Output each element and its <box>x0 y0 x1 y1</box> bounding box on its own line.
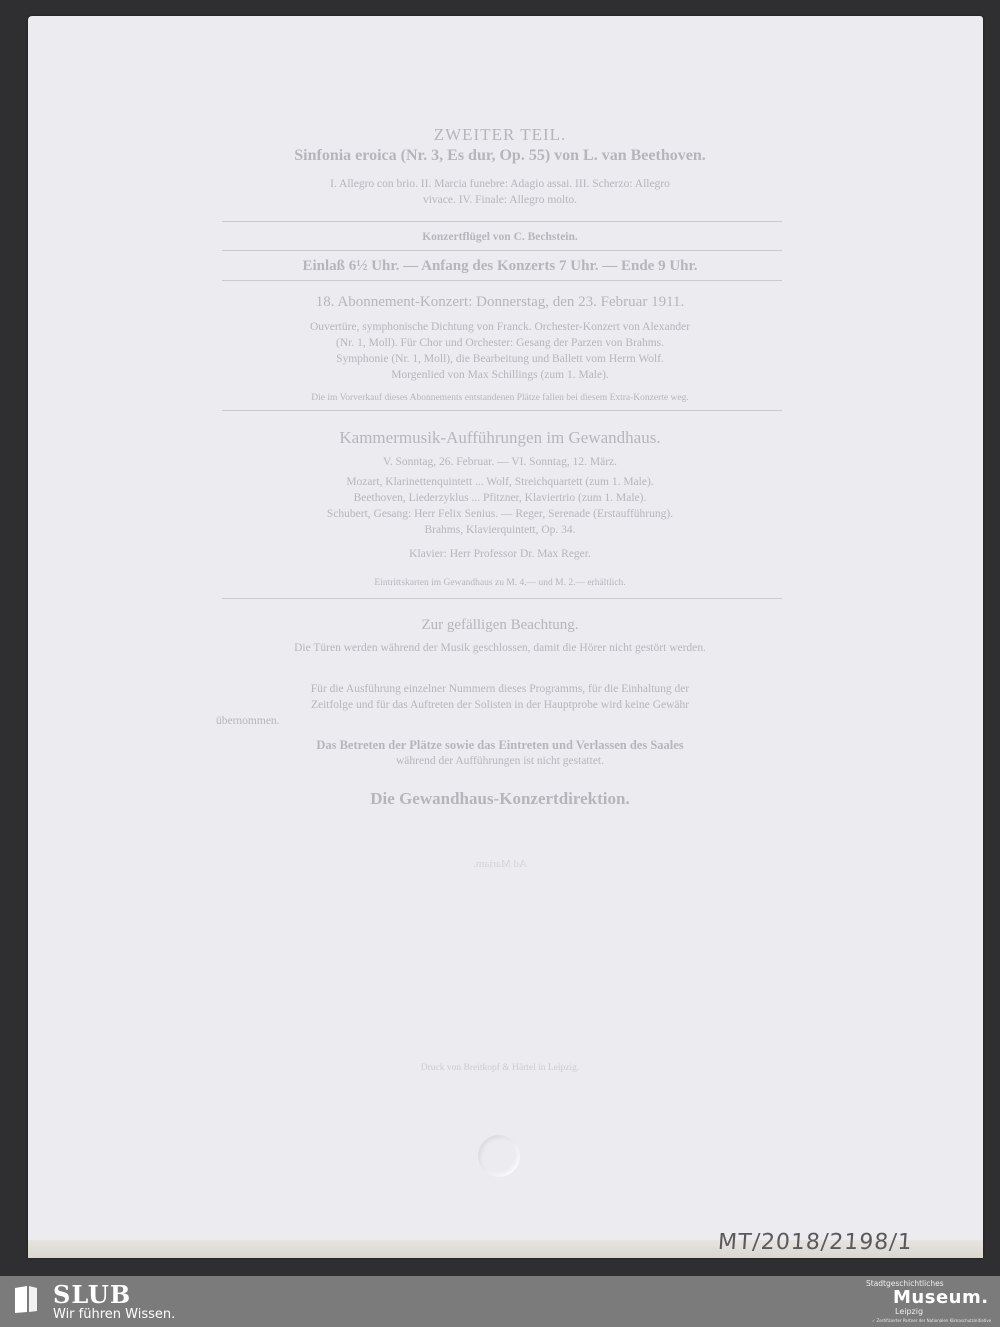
grand-piano-note: Konzertflügel von C. Bechstein. <box>0 231 1000 243</box>
next-program-line-4: Morgenlied von Max Schillings (zum 1. Ma… <box>0 369 1000 381</box>
mirrored-heading: Ad Mariam. <box>0 858 1000 870</box>
printer-imprint: Druck von Breitkopf & Härtel in Leipzig. <box>0 1063 1000 1073</box>
museum-logo-name[interactable]: Museum. <box>893 1287 989 1308</box>
notice-line-1: Die Türen werden während der Musik gesch… <box>0 642 1000 654</box>
museum-city: Leipzig <box>895 1307 923 1316</box>
concert-times: Einlaß 6½ Uhr. — Anfang des Konzerts 7 U… <box>0 258 1000 275</box>
divider <box>222 221 782 222</box>
subscription-note: Die im Vorverkauf dieses Abonnements ent… <box>0 393 1000 403</box>
chamber-line-2: Beethoven, Liederzyklus ... Pfitzner, Kl… <box>0 492 1000 504</box>
chamber-line-3: Schubert, Gesang: Herr Felix Senius. — R… <box>0 508 1000 520</box>
handwritten-inventory-number: MT/2018/2198/1 <box>717 1230 913 1255</box>
divider <box>222 280 782 281</box>
next-program-line-2: (Nr. 1, Moll). Für Chor und Orchester: G… <box>0 337 1000 349</box>
notice-line-5: Das Betreten der Plätze sowie das Eintre… <box>0 738 1000 753</box>
chamber-dates: V. Sonntag, 26. Februar. — VI. Sonntag, … <box>0 456 1000 468</box>
slub-book-icon <box>13 1285 39 1314</box>
notice-title: Zur gefälligen Beachtung. <box>0 617 1000 634</box>
divider <box>222 250 782 251</box>
symphony-title: Sinfonia eroica (Nr. 3, Es dur, Op. 55) … <box>0 147 1000 165</box>
part-title: ZWEITER TEIL. <box>0 125 1000 145</box>
notice-line-6: während der Aufführungen ist nicht gesta… <box>0 755 1000 767</box>
next-program-line-3: Symphonie (Nr. 1, Moll), die Bearbeitung… <box>0 353 1000 365</box>
chamber-tickets: Eintrittskarten im Gewandhaus zu M. 4.— … <box>0 578 1000 588</box>
embossed-stamp <box>478 1135 520 1177</box>
chamber-line-4: Brahms, Klavierquintett, Op. 34. <box>0 524 1000 536</box>
slub-tagline: Wir führen Wissen. <box>53 1307 175 1322</box>
footer-bar: SLUB Wir führen Wissen. Stadtgeschichtli… <box>0 1276 1000 1327</box>
divider <box>222 410 782 411</box>
notice-line-3: Zeitfolge und für das Auftreten der Soli… <box>0 699 1000 711</box>
notice-line-4: übernommen. <box>216 715 280 727</box>
divider <box>222 598 782 599</box>
museum-certification: ✓ Zertifizierter Partner der Nationalen … <box>872 1318 991 1323</box>
next-concert: 18. Abonnement-Konzert: Donnerstag, den … <box>0 294 1000 311</box>
signature: Die Gewandhaus-Konzertdirektion. <box>0 789 1000 809</box>
notice-line-2: Für die Ausführung einzelner Nummern die… <box>0 683 1000 695</box>
chamber-music-title: Kammermusik-Aufführungen im Gewandhaus. <box>0 428 1000 448</box>
chamber-piano: Klavier: Herr Professor Dr. Max Reger. <box>0 548 1000 560</box>
next-program-line-1: Ouvertüre, symphonische Dichtung von Fra… <box>0 321 1000 333</box>
movements-line-1: I. Allegro con brio. II. Marcia funebre:… <box>0 178 1000 190</box>
movements-line-2: vivace. IV. Finale: Allegro molto. <box>0 194 1000 206</box>
slub-logo-name[interactable]: SLUB <box>53 1280 131 1309</box>
chamber-line-1: Mozart, Klarinettenquintett ... Wolf, St… <box>0 476 1000 488</box>
